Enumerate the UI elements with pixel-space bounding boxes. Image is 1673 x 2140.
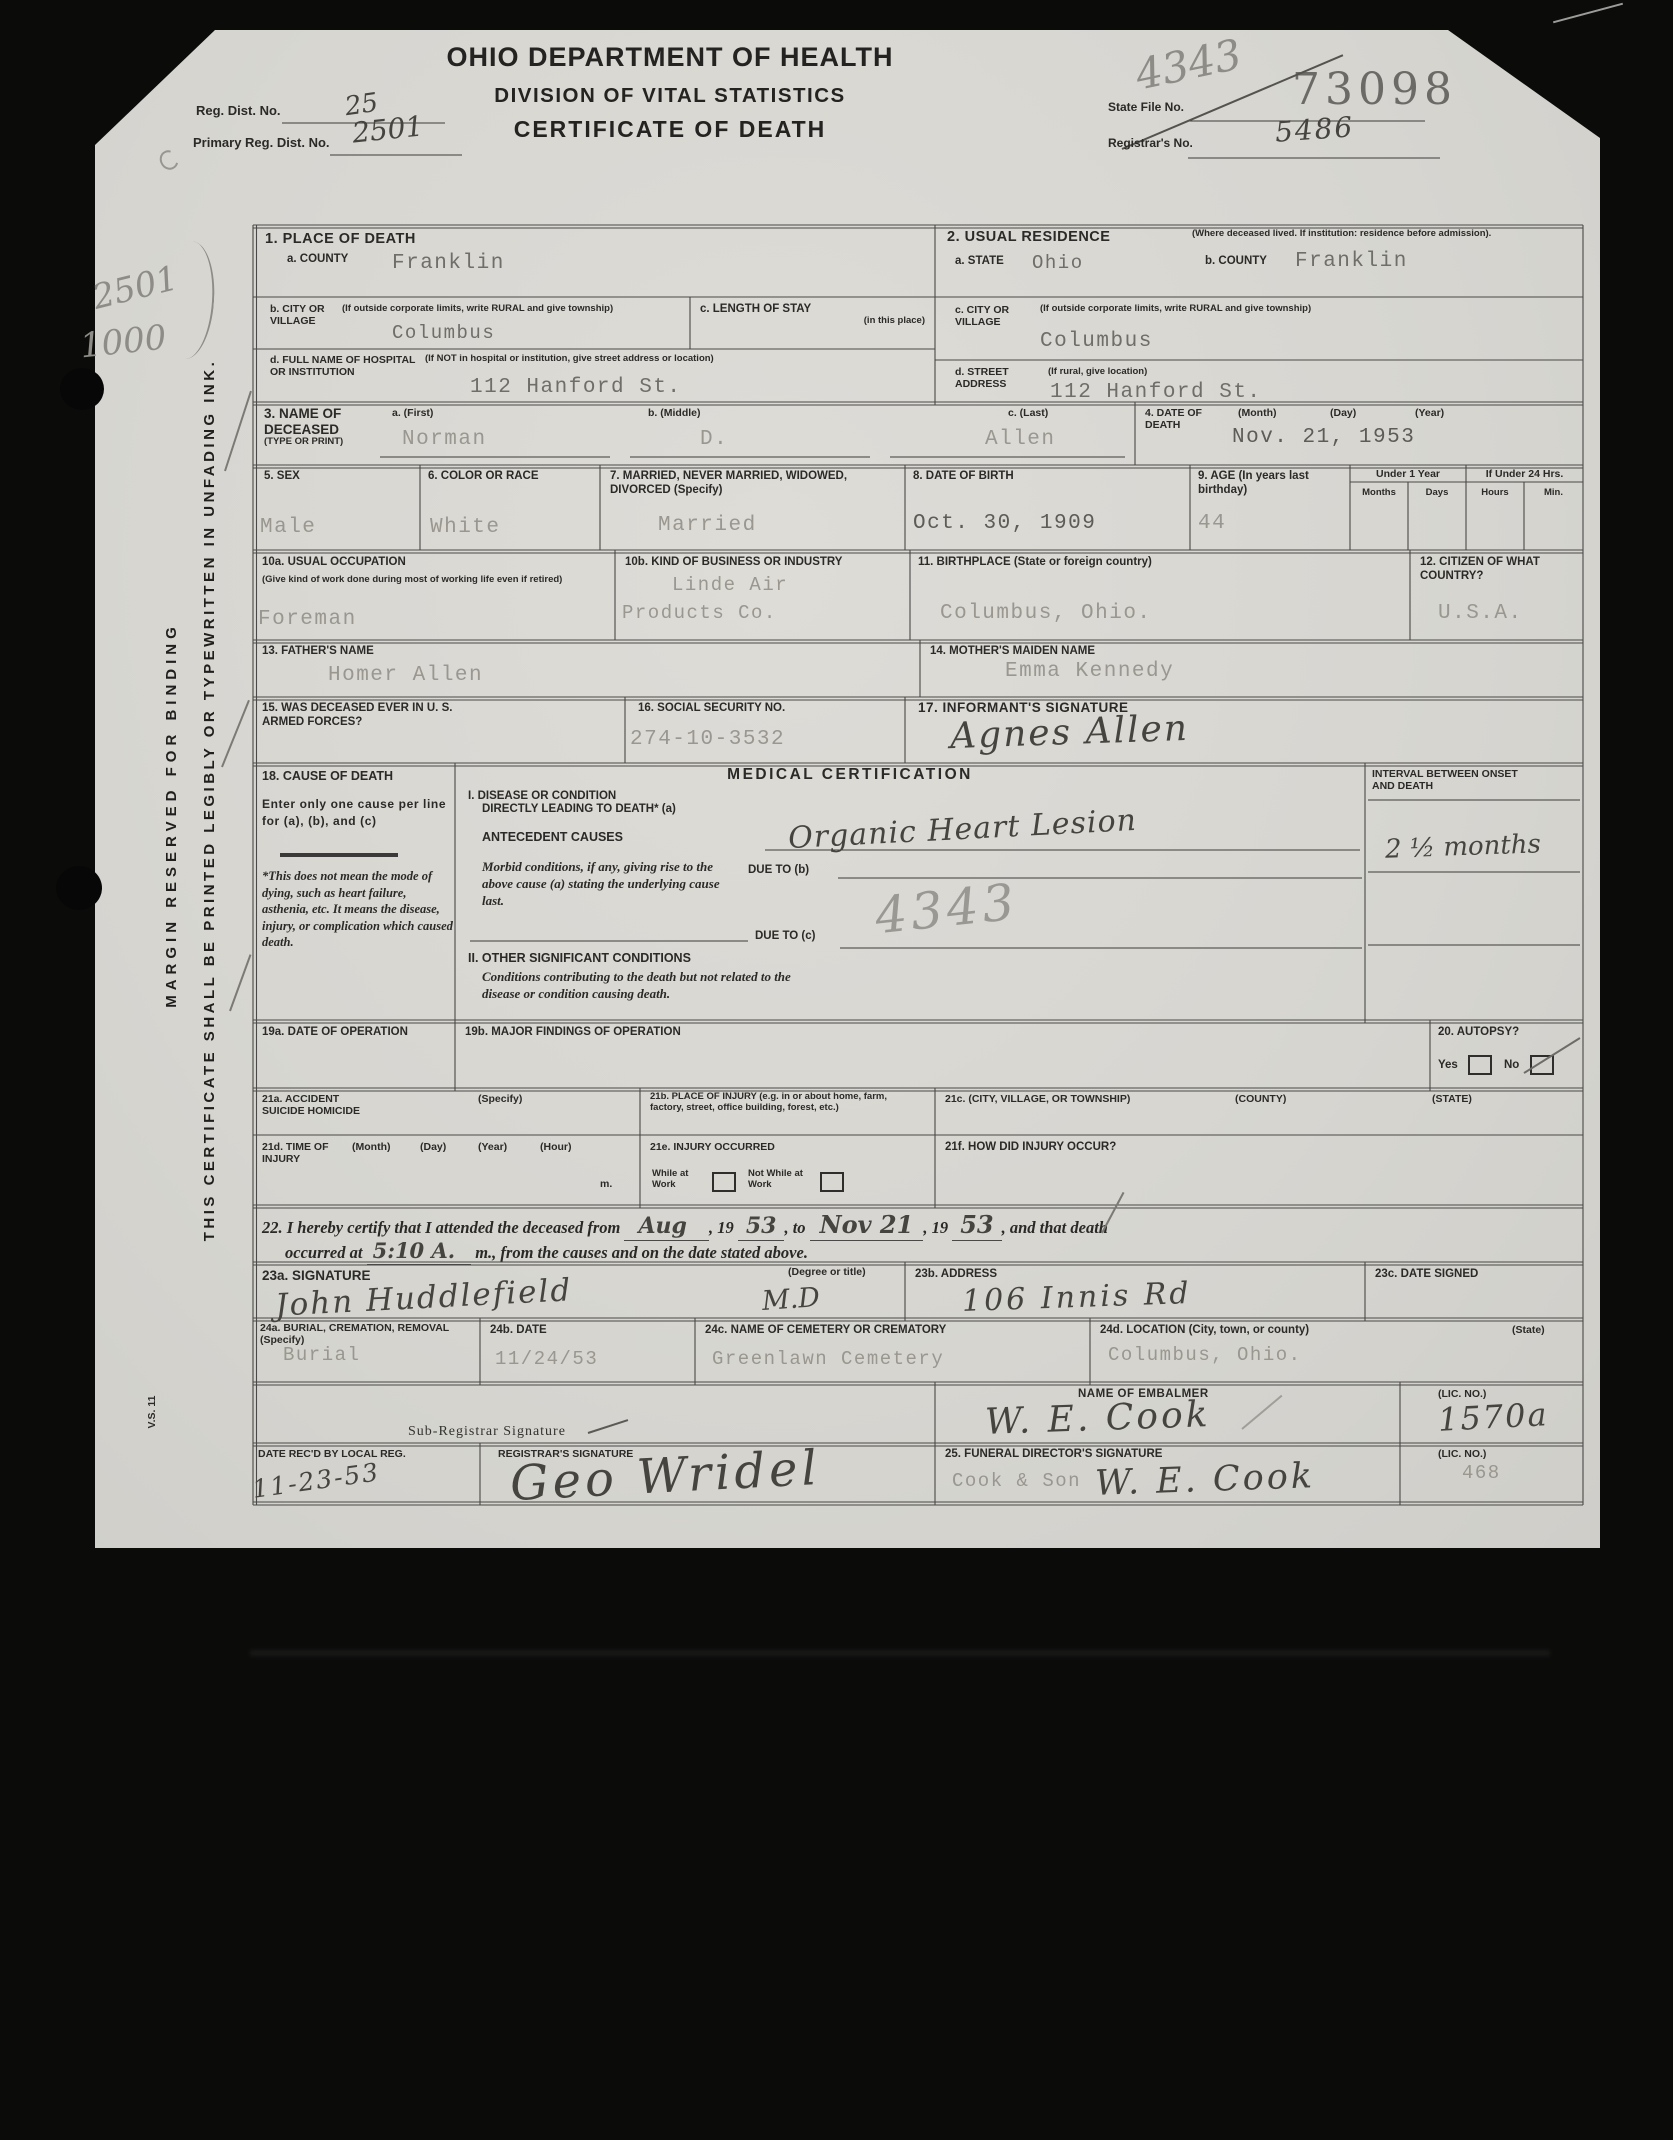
- disposition-date-label: 24b. DATE: [490, 1324, 547, 1338]
- death-certificate-scan: MARGIN RESERVED FOR BINDING THIS CERTIFI…: [0, 0, 1673, 2140]
- certify-from-value: Aug: [624, 1213, 708, 1241]
- state-file-label: State File No.: [1108, 100, 1184, 114]
- ssn-value: 274-10-3532: [630, 728, 785, 751]
- certify-year-prefix-2: , 19: [923, 1218, 948, 1237]
- other-conditions-label: II. OTHER SIGNIFICANT CONDITIONS: [468, 951, 691, 966]
- injury-e-label: 21e. INJURY OCCURRED: [650, 1141, 775, 1153]
- due-c-label: DUE TO (c): [755, 930, 816, 944]
- registrar-no-label: Registrar's No.: [1108, 136, 1193, 150]
- res-county-label: b. COUNTY: [1205, 255, 1267, 269]
- sex-value: Male: [260, 516, 316, 539]
- armed-forces-label: 15. WAS DECEASED EVER IN U. S. ARMED FOR…: [262, 702, 497, 729]
- injury-f-label: 21f. HOW DID INJURY OCCUR?: [945, 1141, 1116, 1155]
- last-name-label: c. (Last): [1008, 407, 1048, 419]
- ssn-label: 16. SOCIAL SECURITY NO.: [638, 702, 785, 716]
- race-label: 6. COLOR OR RACE: [428, 470, 588, 484]
- form-number: V.S. 11: [152, 1408, 185, 1426]
- autopsy-label: 20. AUTOPSY?: [1438, 1026, 1519, 1040]
- injury-d-hour: (Hour): [540, 1141, 572, 1153]
- institution-label: d. FULL NAME OF HOSPITAL OR INSTITUTION: [270, 354, 420, 379]
- injury-c-state: (STATE): [1432, 1093, 1472, 1105]
- cemetery-value: Greenlawn Cemetery: [712, 1348, 944, 1370]
- other-conditions-note: Conditions contributing to the death but…: [482, 968, 827, 1002]
- physician-address-label: 23b. ADDRESS: [915, 1268, 997, 1282]
- institution-value: 112 Hanford St.: [470, 376, 682, 399]
- header-division: DIVISION OF VITAL STATISTICS: [420, 84, 920, 108]
- embalmer-name-value: W. E. Cook: [984, 1394, 1211, 1443]
- certify-part1: 22. I hereby certify that I attended the…: [262, 1218, 620, 1237]
- injury-e-notwhile-label: Not While at Work: [748, 1168, 810, 1190]
- disposition-type-value: Burial: [283, 1344, 360, 1366]
- industry-value-line1: Linde Air: [672, 574, 788, 596]
- pod-city-label: b. CITY OR VILLAGE: [270, 303, 332, 328]
- disposition-location-label: 24d. LOCATION (City, town, or county): [1100, 1324, 1309, 1338]
- industry-value-line2: Products Co.: [622, 602, 777, 624]
- operation-date-label: 19a. DATE OF OPERATION: [262, 1026, 422, 1040]
- mother-value: Emma Kennedy: [1005, 660, 1174, 683]
- race-value: White: [430, 516, 501, 539]
- cemetery-label: 24c. NAME OF CEMETERY OR CREMATORY: [705, 1324, 946, 1338]
- father-value: Homer Allen: [328, 664, 483, 687]
- res-city-value: Columbus: [1040, 330, 1153, 353]
- injury-d-meridiem: m.: [600, 1178, 612, 1190]
- autopsy-no-label: No: [1504, 1059, 1519, 1073]
- disease-label: I. DISEASE OR CONDITION: [468, 790, 616, 804]
- age-min-label: Min.: [1524, 487, 1583, 498]
- due-b-label: DUE TO (b): [748, 864, 809, 878]
- injury-c-county: (COUNTY): [1235, 1093, 1286, 1105]
- informant-signature: Agnes Allen: [949, 708, 1189, 757]
- sub-registrar-label: Sub-Registrar Signature: [408, 1424, 566, 1440]
- age-months-label: Months: [1350, 487, 1408, 498]
- birth-date-label: 8. DATE OF BIRTH: [913, 470, 1014, 484]
- funeral-director-label: 25. FUNERAL DIRECTOR'S SIGNATURE: [945, 1448, 1162, 1462]
- cause-instruction: Enter only one cause per line for (a), (…: [262, 796, 448, 831]
- certify-time-value: 5:10 A.: [367, 1238, 472, 1265]
- injury-b-label: 21b. PLACE OF INJURY (e.g. in or about h…: [650, 1091, 922, 1113]
- birthplace-label: 11. BIRTHPLACE (State or foreign country…: [918, 556, 1338, 570]
- disposition-location-value: Columbus, Ohio.: [1108, 1344, 1302, 1366]
- death-day-label: (Day): [1330, 407, 1356, 419]
- physician-signature-label: 23a. SIGNATURE: [262, 1268, 371, 1284]
- injury-not-while-work-checkbox: [820, 1172, 844, 1192]
- bottom-faint-streak: [250, 1650, 1550, 1656]
- marital-label: 7. MARRIED, NEVER MARRIED, WIDOWED, DIVO…: [610, 470, 890, 497]
- age-days-label: Days: [1408, 487, 1466, 498]
- occupation-note: (Give kind of work done during most of w…: [262, 574, 597, 585]
- injury-d-day: (Day): [420, 1141, 446, 1153]
- morbid-note: Morbid conditions, if any, giving rise t…: [482, 858, 740, 909]
- cause-footnote: *This does not mean the mode of dying, s…: [262, 868, 454, 951]
- res-state-value: Ohio: [1032, 252, 1084, 274]
- registrar-no-value: 5486: [1274, 110, 1355, 148]
- death-date-label: 4. DATE OF DEATH: [1145, 407, 1217, 432]
- injury-a-note: (Specify): [478, 1093, 522, 1105]
- residence-title: 2. USUAL RESIDENCE: [947, 229, 1110, 246]
- funeral-director-signature: W. E. Cook: [1094, 1456, 1315, 1504]
- funeral-director-firm: Cook & Son: [952, 1470, 1081, 1492]
- pod-city-note: (If outside corporate limits, write RURA…: [342, 303, 662, 314]
- disposition-date-value: 11/24/53: [495, 1348, 598, 1370]
- deceased-name-note: (TYPE OR PRINT): [264, 436, 343, 447]
- injury-d-month: (Month): [352, 1141, 390, 1153]
- injury-c-label: 21c. (CITY, VILLAGE, OR TOWNSHIP): [945, 1093, 1130, 1105]
- pod-county-value: Franklin: [392, 252, 505, 275]
- first-name-value: Norman: [402, 428, 487, 451]
- father-label: 13. FATHER'S NAME: [262, 645, 374, 659]
- age-value: 44: [1198, 512, 1226, 535]
- physician-degree-value: M.D: [761, 1282, 821, 1317]
- res-state-label: a. STATE: [955, 255, 1004, 269]
- disease-label2: DIRECTLY LEADING TO DEATH* (a): [482, 803, 676, 817]
- cause-of-death-title: 18. CAUSE OF DEATH: [262, 769, 447, 784]
- state-file-stamp: 73098: [1292, 64, 1457, 115]
- res-street-value: 112 Hanford St.: [1050, 381, 1262, 404]
- injury-d-year: (Year): [478, 1141, 507, 1153]
- date-signed-label: 23c. DATE SIGNED: [1375, 1268, 1478, 1282]
- citizenship-label: 12. CITIZEN OF WHAT COUNTRY?: [1420, 556, 1570, 583]
- first-name-label: a. (First): [392, 407, 433, 419]
- autopsy-yes-label: Yes: [1438, 1059, 1458, 1073]
- pod-county-label: a. COUNTY: [287, 253, 348, 267]
- stay-note: (in this place): [835, 315, 925, 326]
- death-date-value: Nov. 21, 1953: [1232, 426, 1415, 449]
- marital-value: Married: [658, 514, 757, 537]
- injury-d-label: 21d. TIME OF INJURY: [262, 1141, 338, 1166]
- industry-label: 10b. KIND OF BUSINESS OR INDUSTRY: [625, 556, 885, 570]
- director-lic-value: 468: [1462, 1462, 1501, 1484]
- birth-date-value: Oct. 30, 1909: [913, 512, 1096, 535]
- place-of-death-title: 1. PLACE OF DEATH: [265, 231, 416, 248]
- certify-year-prefix-1: , 19: [709, 1218, 734, 1237]
- injury-e-while-label: While at Work: [652, 1168, 704, 1190]
- injury-while-work-checkbox: [712, 1172, 736, 1192]
- interval-value: 2 ½ months: [1385, 829, 1542, 864]
- middle-name-value: D.: [700, 428, 728, 451]
- operation-findings-label: 19b. MAJOR FINDINGS OF OPERATION: [465, 1026, 681, 1040]
- res-street-note: (If rural, give location): [1048, 366, 1268, 377]
- age-hours-label: Hours: [1466, 487, 1524, 498]
- certify-from-year: 53: [738, 1213, 785, 1241]
- antecedent-label: ANTECEDENT CAUSES: [482, 830, 623, 845]
- header-certificate-title: CERTIFICATE OF DEATH: [420, 116, 920, 143]
- residence-title-note: (Where deceased lived. If institution: r…: [1192, 228, 1532, 239]
- age-label: 9. AGE (In years last birthday): [1198, 470, 1343, 497]
- reg-dist-label: Reg. Dist. No.: [196, 103, 281, 118]
- disposition-location-state: (State): [1512, 1324, 1545, 1336]
- cause-divider-rule: [280, 853, 398, 857]
- deceased-name-label: 3. NAME OF DECEASED: [264, 406, 384, 438]
- res-city-label: c. CITY OR VILLAGE: [955, 304, 1017, 329]
- autopsy-yes-checkbox: [1468, 1055, 1492, 1075]
- certify-to-value: Nov 21: [810, 1210, 924, 1241]
- citizenship-value: U.S.A.: [1438, 602, 1523, 625]
- embalmer-lic-value: 1570a: [1437, 1395, 1549, 1439]
- death-month-label: (Month): [1238, 407, 1276, 419]
- age-under24-label: If Under 24 Hrs.: [1466, 468, 1583, 480]
- medical-certification-title: MEDICAL CERTIFICATION: [600, 766, 1100, 784]
- res-city-note: (If outside corporate limits, write RURA…: [1040, 303, 1460, 314]
- sex-label: 5. SEX: [264, 470, 300, 484]
- interval-label: INTERVAL BETWEEN ONSET AND DEATH: [1372, 768, 1522, 793]
- certify-part4: m., from the causes and on the date stat…: [475, 1243, 808, 1262]
- certify-line1: 22. I hereby certify that I attended the…: [262, 1210, 1582, 1239]
- age-under-year-label: Under 1 Year: [1350, 468, 1466, 480]
- certify-to-year: 53: [952, 1210, 1001, 1241]
- occupation-label: 10a. USUAL OCCUPATION: [262, 556, 406, 570]
- death-year-label: (Year): [1415, 407, 1444, 419]
- res-street-label: d. STREET ADDRESS: [955, 366, 1027, 391]
- birthplace-value: Columbus, Ohio.: [940, 602, 1152, 625]
- institution-note: (If NOT in hospital or institution, give…: [425, 353, 755, 364]
- res-county-value: Franklin: [1295, 250, 1408, 273]
- mother-label: 14. MOTHER'S MAIDEN NAME: [930, 645, 1095, 659]
- injury-a-label: 21a. ACCIDENT SUICIDE HOMICIDE: [262, 1093, 372, 1118]
- middle-name-label: b. (Middle): [648, 407, 701, 419]
- certify-to-word: , to: [784, 1218, 805, 1237]
- certify-part3: occurred at: [285, 1243, 362, 1262]
- stay-label: c. LENGTH OF STAY: [700, 303, 850, 317]
- physician-degree-note: (Degree or title): [788, 1266, 866, 1278]
- pod-city-value: Columbus: [392, 322, 495, 344]
- occupation-value: Foreman: [258, 608, 357, 631]
- certify-line2: occurred at 5:10 A. m., from the causes …: [285, 1238, 1485, 1263]
- director-lic-label: (LIC. NO.): [1438, 1448, 1486, 1460]
- certify-part2: , and that death: [1002, 1218, 1108, 1237]
- header-department: OHIO DEPARTMENT OF HEALTH: [420, 42, 920, 74]
- primary-reg-label: Primary Reg. Dist. No.: [193, 135, 330, 150]
- last-name-value: Allen: [985, 428, 1056, 451]
